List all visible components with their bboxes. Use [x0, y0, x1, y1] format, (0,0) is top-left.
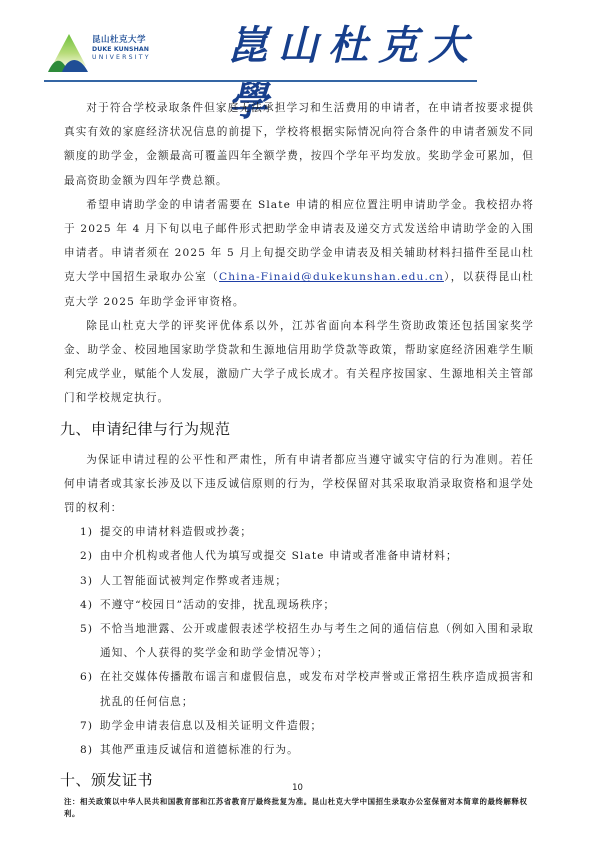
- rule-item: 1)提交的申请材料造假或抄袭；: [64, 520, 534, 544]
- logo-english-line2: UNIVERSITY: [92, 54, 151, 62]
- rule-item: 8)其他严重违反诚信和道德标准的行为。: [64, 738, 534, 762]
- rule-item: 2)由中介机构或者他人代为填写或提交 Slate 申请或者准备申请材料；: [64, 544, 534, 568]
- mountain-logo-icon: [48, 32, 90, 72]
- page-number: 10: [0, 783, 595, 793]
- rule-item: 3)人工智能面试被判定作弊或者违规；: [64, 569, 534, 593]
- page-header: 昆山杜克大学 DUKE KUNSHAN UNIVERSITY 崑山杜克大學: [44, 20, 478, 82]
- paragraph-financial-aid: 对于符合学校录取条件但家庭无法承担学习和生活费用的申请者，在申请者按要求提供真实…: [64, 96, 534, 193]
- header-divider: [44, 80, 477, 82]
- rule-item: 6)在社交媒体传播散布谣言和虚假信息，或发布对学校声誉或正常招生秩序造成损害和扰…: [64, 665, 534, 713]
- logo-english-line1: DUKE KUNSHAN: [92, 46, 151, 54]
- document-body: 对于符合学校录取条件但家庭无法承担学习和生活费用的申请者，在申请者按要求提供真实…: [64, 96, 534, 799]
- logo-chinese-name: 昆山杜克大学: [92, 35, 151, 46]
- rule-item: 5)不恰当地泄露、公开或虚假表述学校招生办与考生之间的通信信息（例如入围和录取通…: [64, 617, 534, 665]
- footnote: 注：相关政策以中华人民共和国教育部和江苏省教育厅最终批复为准。昆山杜克大学中国招…: [64, 796, 532, 820]
- rule-item: 4)不遵守“校园日”活动的安排，扰乱现场秩序；: [64, 593, 534, 617]
- dku-logo: 昆山杜克大学 DUKE KUNSHAN UNIVERSITY: [48, 32, 158, 72]
- rule-item: 7)助学金申请表信息以及相关证明文件造假；: [64, 714, 534, 738]
- paragraph-jiangsu-policy: 除昆山杜克大学的评奖评优体系以外，江苏省面向本科学生资助政策还包括国家奖学金、助…: [64, 314, 534, 411]
- paragraph-aid-application: 希望申请助学金的申请者需要在 Slate 申请的相应位置注明申请助学金。我校招办…: [64, 193, 534, 314]
- section-heading-9: 九、申请纪律与行为规范: [60, 415, 534, 443]
- rules-list: 1)提交的申请材料造假或抄袭； 2)由中介机构或者他人代为填写或提交 Slate…: [64, 520, 534, 762]
- email-link[interactable]: China-Finaid@dukekunshan.edu.cn: [219, 271, 444, 283]
- paragraph-discipline-intro: 为保证申请过程的公平性和严肃性，所有申请者都应当遵守诚实守信的行为准则。若任何申…: [64, 448, 534, 521]
